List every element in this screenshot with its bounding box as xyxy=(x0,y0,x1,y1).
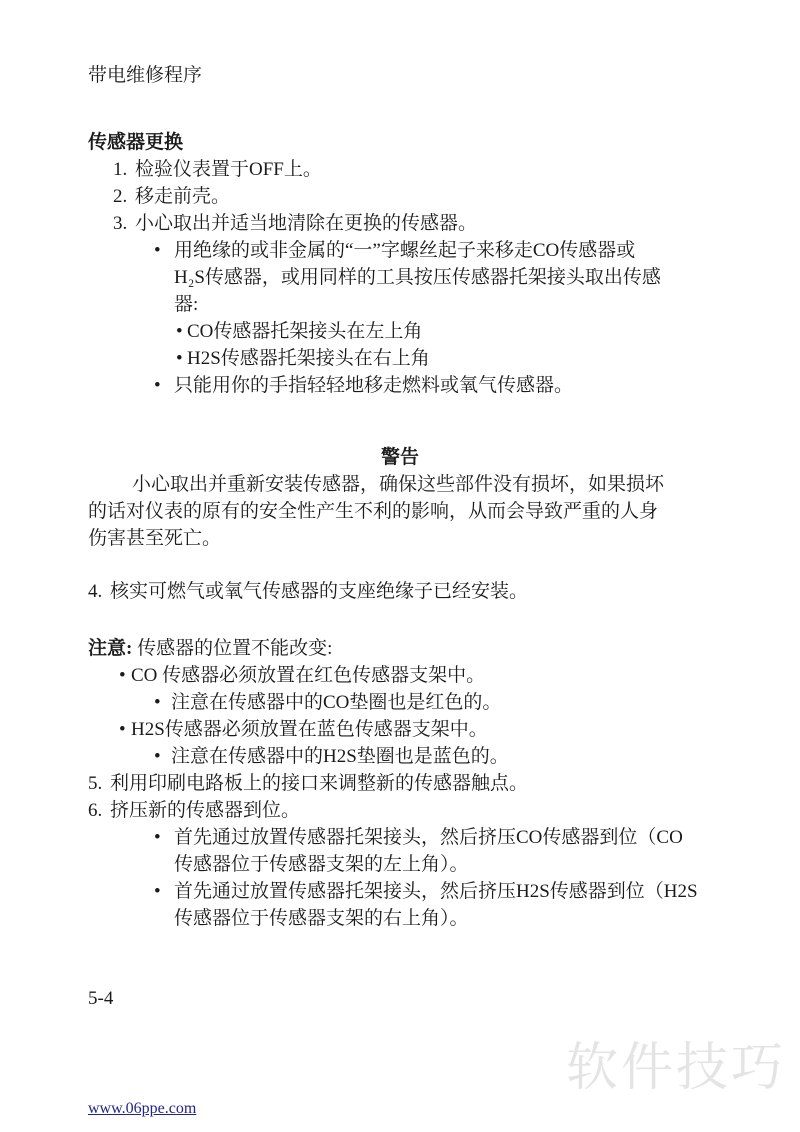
note-sub-text: 注意在传感器中的H2S垫圈也是蓝色的。 xyxy=(171,743,509,770)
step-4: 4. 核实可燃气或氧气传感器的支座绝缘子已经安装。 xyxy=(88,578,712,605)
bullet-tool: • 用绝缘的或非金属的“一”字螺丝起子来移走CO传感器或 H₂S传感器，或用同样… xyxy=(88,237,712,318)
step-text: 检验仪表置于OFF上。 xyxy=(135,156,322,183)
step-number: 4. xyxy=(88,578,110,605)
page-number: 5-4 xyxy=(88,985,712,1012)
step-3: 3. 小心取出并适当地清除在更换的传感器。 xyxy=(88,210,712,237)
bullet-marker: • xyxy=(154,824,174,851)
warning-title: 警告 xyxy=(88,444,712,471)
document-page: 带电维修程序 传感器更换 1. 检验仪表置于OFF上。 2. 移走前壳。 3. … xyxy=(0,0,800,1132)
step6-bullet-co: • 首先通过放置传感器托架接头，然后挤压CO传感器到位（CO 传感器位于传感器支… xyxy=(88,824,712,878)
step-number: 6. xyxy=(88,797,110,824)
step6-bullet-h2s: • 首先通过放置传感器托架接头，然后挤压H2S传感器到位（H2S 传感器位于传感… xyxy=(88,878,712,932)
step-number: 3. xyxy=(113,210,135,237)
bullet-text: 首先通过放置传感器托架接头，然后挤压H2S传感器到位（H2S 传感器位于传感器支… xyxy=(174,878,698,932)
sub-bullet-text: CO传感器托架接头在左上角 xyxy=(187,318,422,345)
note-bullet-co: • CO 传感器必须放置在红色传感器支架中。 xyxy=(88,662,712,689)
step-text: 核实可燃气或氧气传感器的支座绝缘子已经安装。 xyxy=(110,578,528,605)
step-text: 挤压新的传感器到位。 xyxy=(110,797,300,824)
note-sub-bullet-co: • 注意在传感器中的CO垫圈也是红色的。 xyxy=(88,689,712,716)
step-1: 1. 检验仪表置于OFF上。 xyxy=(88,156,712,183)
bullet-marker: • xyxy=(119,662,131,689)
note-line: 注意: 传感器的位置不能改变: xyxy=(88,635,712,662)
step-number: 1. xyxy=(113,156,135,183)
sub-bullet-text: H2S传感器托架接头在右上角 xyxy=(187,345,430,372)
step-2: 2. 移走前壳。 xyxy=(88,183,712,210)
bullet-marker: • xyxy=(154,237,174,264)
bullet-text: 首先通过放置传感器托架接头，然后挤压CO传感器到位（CO 传感器位于传感器支架的… xyxy=(174,824,683,878)
note-bullet-h2s: • H2S传感器必须放置在蓝色传感器支架中。 xyxy=(88,716,712,743)
step-text: 移走前壳。 xyxy=(135,183,230,210)
step-text: 小心取出并适当地清除在更换的传感器。 xyxy=(135,210,477,237)
sub-bullet-co-holder: • CO传感器托架接头在左上角 xyxy=(88,318,712,345)
bullet-marker: • xyxy=(154,372,174,399)
watermark-text: 软件技巧 xyxy=(566,1038,786,1098)
bullet-finger: • 只能用你的手指轻轻地移走燃料或氧气传感器。 xyxy=(88,372,712,399)
bullet-text: 只能用你的手指轻轻地移走燃料或氧气传感器。 xyxy=(174,372,573,399)
note-label: 注意: xyxy=(88,638,132,659)
bullet-marker: • xyxy=(176,345,187,372)
note-bullet-text: CO 传感器必须放置在红色传感器支架中。 xyxy=(131,662,485,689)
step-number: 5. xyxy=(88,770,110,797)
step-text: 利用印刷电路板上的接口来调整新的传感器触点。 xyxy=(110,770,528,797)
bullet-marker: • xyxy=(154,878,174,905)
warning-paragraph: 小心取出并重新安装传感器，确保这些部件没有损坏，如果损坏 的话对仪表的原有的安全… xyxy=(88,471,712,552)
bullet-marker: • xyxy=(119,716,131,743)
note-sub-bullet-h2s: • 注意在传感器中的H2S垫圈也是蓝色的。 xyxy=(88,743,712,770)
note-text: 传感器的位置不能改变: xyxy=(137,638,332,659)
bullet-marker: • xyxy=(154,743,171,770)
section-title: 传感器更换 xyxy=(88,129,712,156)
bullet-marker: • xyxy=(154,689,171,716)
running-header: 带电维修程序 xyxy=(88,62,712,89)
sub-bullet-h2s-holder: • H2S传感器托架接头在右上角 xyxy=(88,345,712,372)
bullet-text: 用绝缘的或非金属的“一”字螺丝起子来移走CO传感器或 H₂S传感器，或用同样的工… xyxy=(174,237,661,318)
step-5: 5. 利用印刷电路板上的接口来调整新的传感器触点。 xyxy=(88,770,712,797)
bullet-marker: • xyxy=(176,318,187,345)
footer-website-link[interactable]: www.06ppe.com xyxy=(88,1099,196,1119)
note-bullet-text: H2S传感器必须放置在蓝色传感器支架中。 xyxy=(131,716,488,743)
step-6: 6. 挤压新的传感器到位。 xyxy=(88,797,712,824)
note-sub-text: 注意在传感器中的CO垫圈也是红色的。 xyxy=(171,689,501,716)
step-number: 2. xyxy=(113,183,135,210)
